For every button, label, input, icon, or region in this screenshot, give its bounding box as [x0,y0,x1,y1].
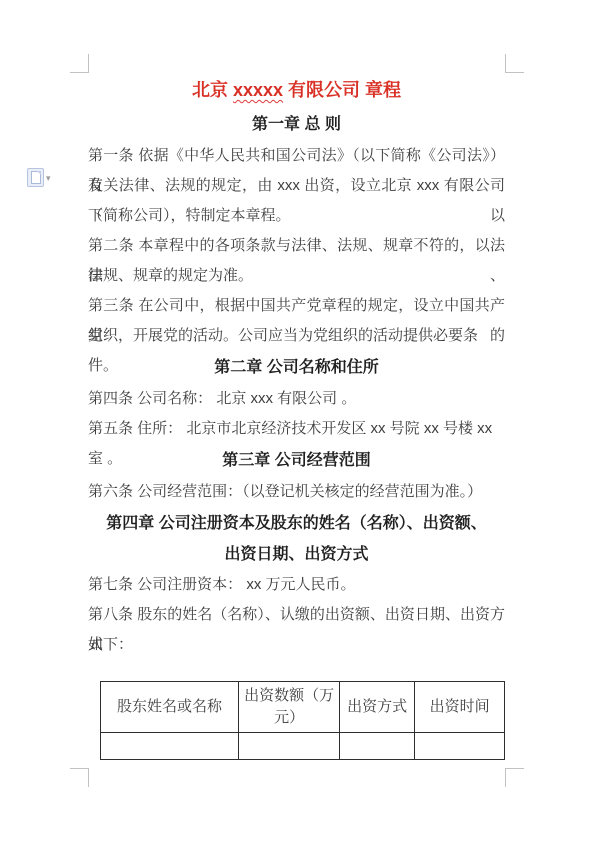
text-line: 第一条 依据《中华人民共和国公司法》（以下简称《公司法》）及 [88,141,505,171]
text-line: 第三条 在公司中，根据中国共产党章程的规定，设立中国共产党的 [88,291,505,321]
paste-fold-glyph [37,171,41,175]
table-row [101,733,505,760]
chapter-heading: 第三章 公司经营范围 [88,444,505,477]
table-header-row: 股东姓名或名称出资数额（万元）出资方式出资时间 [101,682,505,733]
text-line: 第六条 公司经营范围：（以登记机关核定的经营范围为准。） [88,477,505,507]
chevron-down-icon[interactable]: ▾ [46,172,51,184]
table-cell[interactable] [101,733,239,760]
table-cell[interactable] [415,733,505,760]
text-line: 如下： [88,630,505,660]
chapter-heading: 第四章 公司注册资本及股东的姓名（名称）、出资额、 [88,507,505,540]
chapter-heading: 第一章 总 则 [88,108,505,141]
text-line: 第五条 住所： 北京市北京经济技术开发区 xx 号院 xx 号楼 xx 室 。 [88,414,505,444]
table-header-cell[interactable]: 出资数额（万元） [239,682,340,733]
spellcheck-squiggle-text: xxxxx [233,80,283,100]
text-boundary-mark-top-left [70,54,89,73]
text-line: 第四条 公司名称： 北京 xxx 有限公司 。 [88,384,505,414]
text-line: 第七条 公司注册资本： xx 万元人民币。 [88,570,505,600]
document-content[interactable]: 北京 xxxxx 有限公司 章程第一章 总 则第一条 依据《中华人民共和国公司法… [88,72,505,760]
text-line: 组织，开展党的活动。公司应当为党组织的活动提供必要条件。 [88,321,505,351]
title-text: 北京 [192,80,233,100]
table-header-cell[interactable]: 股东姓名或名称 [101,682,239,733]
text-boundary-mark-bottom-left [70,768,89,787]
text-boundary-mark-bottom-right [505,768,524,787]
table-cell[interactable] [239,733,340,760]
table-header-cell[interactable]: 出资方式 [340,682,415,733]
chapter-heading: 第二章 公司名称和住所 [88,351,505,384]
text-line: 第二条 本章程中的各项条款与法律、法规、规章不符的，以法律、 [88,231,505,261]
chapter-heading: 出资日期、出资方式 [88,540,505,570]
paste-options-button[interactable]: ▾ [27,168,55,190]
document-page: ▾ 北京 xxxxx 有限公司 章程第一章 总 则第一条 依据《中华人民共和国公… [0,0,594,842]
text-line: 第八条 股东的姓名（名称）、认缴的出资额、出资日期、出资方式 [88,600,505,630]
title-text: 有限公司 章程 [283,80,401,100]
text-boundary-mark-top-right [505,54,524,73]
paste-options-icon[interactable] [27,168,44,187]
table-header-cell[interactable]: 出资时间 [415,682,505,733]
text-line: 有关法律、法规的规定，由 xxx 出资，设立北京 xxx 有限公司 （以 [88,171,505,201]
table-cell[interactable] [340,733,415,760]
shareholder-table: 股东姓名或名称出资数额（万元）出资方式出资时间 [100,681,505,760]
document-title: 北京 xxxxx 有限公司 章程 [88,72,505,108]
